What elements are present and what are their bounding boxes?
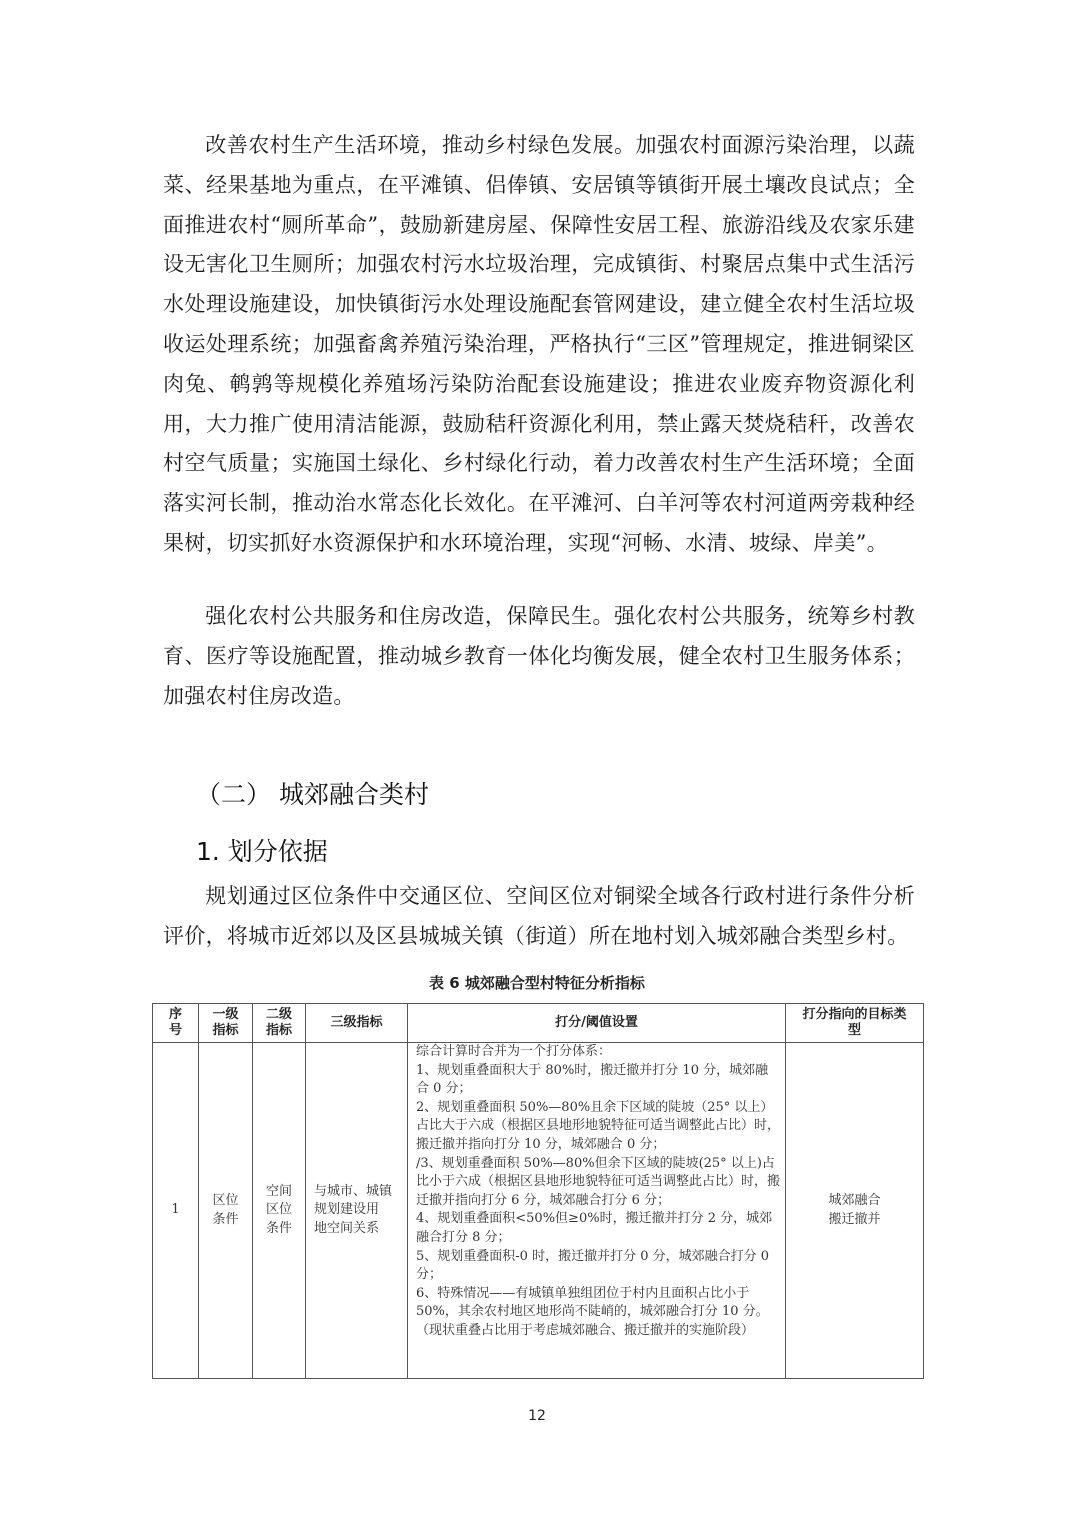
- scoring-line: 6、特殊情况——有城镇单独组团位于村内且面积占比小于 50%，其余农村地区地形尚…: [416, 1285, 781, 1322]
- cell-level3: 与城市、城镇规划建设用地空间关系: [306, 1043, 408, 1379]
- page-number: 12: [0, 1408, 1074, 1424]
- scoring-line: /3、规划重叠面积 50%—80%但余下区域的陡坡(25° 以上)占比小于六成（…: [416, 1155, 781, 1211]
- cell-target: 城郊融合搬迁撤并: [786, 1043, 924, 1379]
- header-level3: 三级指标: [306, 1004, 408, 1043]
- cell-scoring: 综合计算时合并为一个打分体系： 1、规划重叠面积大于 80%时，搬迁撤并打分 1…: [408, 1043, 786, 1379]
- table-row: 1 区位条件 空间区位条件 与城市、城镇规划建设用地空间关系 综合计算时合并为一…: [153, 1043, 924, 1379]
- table-header-row: 序号 一级指标 二级指标 三级指标 打分/阈值设置 打分指向的目标类型: [153, 1004, 924, 1043]
- header-scoring: 打分/阈值设置: [408, 1004, 786, 1043]
- paragraph-rural-environment: 改善农村生产生活环境，推动乡村绿色发展。加强农村面源污染治理，以蔬菜、经果基地为…: [163, 126, 915, 564]
- scoring-line: （现状重叠占比用于考虑城郊融合、搬迁撤并的实施阶段）: [416, 1322, 781, 1341]
- header-level1: 一级指标: [199, 1004, 253, 1043]
- table-caption: 表 6 城郊融合型村特征分析指标: [0, 972, 1074, 993]
- scoring-line: 1、规划重叠面积大于 80%时，搬迁撤并打分 10 分，城郊融合 0 分；: [416, 1062, 781, 1099]
- header-target: 打分指向的目标类型: [786, 1004, 924, 1043]
- paragraph-text: 规划通过区位条件中交通区位、空间区位对铜梁全域各行政村进行条件分析评价，将城市近…: [163, 884, 915, 948]
- cell-level2: 空间区位条件: [253, 1043, 306, 1379]
- section-heading: （二） 城郊融合类村: [196, 775, 429, 811]
- document-page: 改善农村生产生活环境，推动乡村绿色发展。加强农村面源污染治理，以蔬菜、经果基地为…: [0, 0, 1074, 1520]
- header-level2: 二级指标: [253, 1004, 306, 1043]
- cell-level1: 区位条件: [199, 1043, 253, 1379]
- paragraph-public-services: 强化农村公共服务和住房改造，保障民生。强化农村公共服务，统筹乡村教育、医疗等设施…: [163, 597, 915, 716]
- paragraph-text: 改善农村生产生活环境，推动乡村绿色发展。加强农村面源污染治理，以蔬菜、经果基地为…: [163, 133, 915, 555]
- scoring-line: 4、规划重叠面积<50%但≥0%时，搬迁撤并打分 2 分，城郊融合打分 8 分；: [416, 1210, 781, 1247]
- paragraph-classification-basis: 规划通过区位条件中交通区位、空间区位对铜梁全域各行政村进行条件分析评价，将城市近…: [163, 877, 915, 957]
- paragraph-text: 强化农村公共服务和住房改造，保障民生。强化农村公共服务，统筹乡村教育、医疗等设施…: [163, 604, 915, 708]
- subsection-heading: 1. 划分依据: [196, 832, 328, 868]
- scoring-line: 综合计算时合并为一个打分体系：: [416, 1043, 781, 1062]
- header-seq: 序号: [153, 1004, 199, 1043]
- scoring-line: 2、规划重叠面积 50%—80%且余下区域的陡坡（25° 以上）占比大于六成（根…: [416, 1099, 781, 1155]
- indicator-table: 序号 一级指标 二级指标 三级指标 打分/阈值设置 打分指向的目标类型 1 区位…: [152, 1003, 924, 1379]
- scoring-line: 5、规划重叠面积-0 时，搬迁撤并打分 0 分，城郊融合打分 0 分；: [416, 1248, 781, 1285]
- cell-seq: 1: [153, 1043, 199, 1379]
